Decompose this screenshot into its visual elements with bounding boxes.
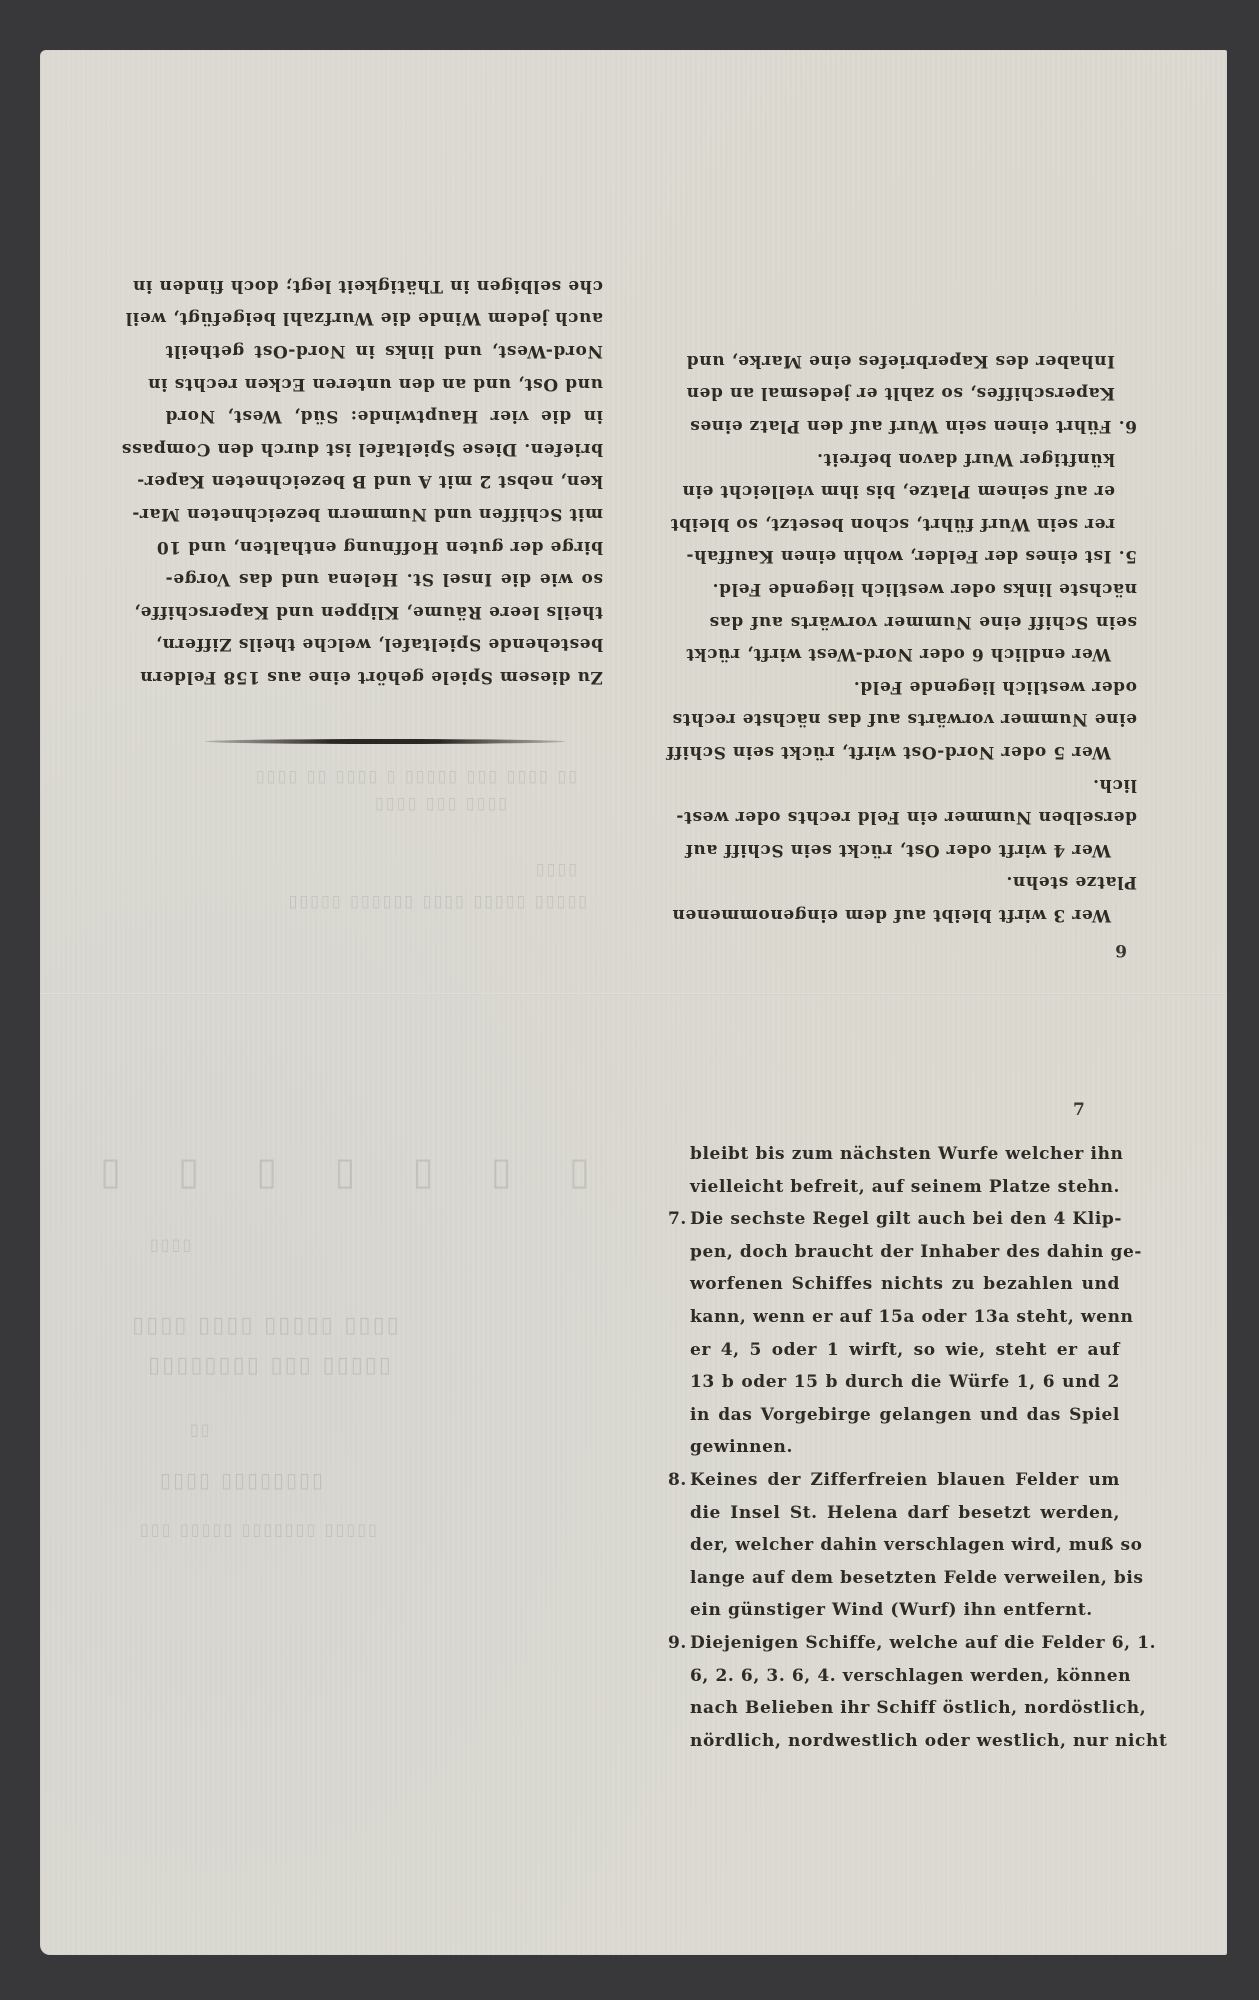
text-line: bestehende Spieltafel, welche theils Zif… — [165, 628, 603, 661]
text-line: Wer 4 wirft oder Ost, rückt sein Schiff … — [709, 833, 1137, 866]
text-line: kann, wenn er auf 15a oder 13a steht, we… — [668, 1301, 1120, 1334]
show-through-text: ▯▯▯▯ ▯▯▯▯▯▯▯▯ — [160, 1468, 325, 1492]
text-line: Diejenigen Schiffe, welche auf die Felde… — [690, 1633, 1156, 1653]
horizontal-rule — [205, 739, 565, 744]
text-line: lich. — [709, 768, 1137, 801]
text-line: sein Schiff eine Nummer vorwärts auf das — [709, 605, 1137, 638]
rule-number: 9. — [668, 1627, 690, 1660]
text-line: Platze stehn. — [709, 866, 1137, 899]
numbered-rule-7: 7.Die sechste Regel gilt auch bei den 4 … — [668, 1203, 1120, 1236]
text-line: und Ost, und an den unteren Ecken rechts… — [165, 367, 603, 400]
page-number: 6 — [1115, 940, 1127, 960]
text-line: künftiger Wurf davon befreit. — [709, 442, 1137, 475]
upper-half-rotated: Zu diesem Spiele gehört eine aus 158 Fel… — [40, 50, 1227, 993]
show-through-text: ▯ ▯ ▯ ▯ ▯ ▯ ▯ — [100, 1148, 612, 1193]
text-line: vielleicht befreit, auf seinem Platze st… — [668, 1171, 1120, 1204]
text-line: der, welcher dahin verschlagen wird, muß… — [668, 1529, 1120, 1562]
upper-left-text-block: Zu diesem Spiele gehört eine aus 158 Fel… — [165, 269, 603, 693]
show-through-text: ▯▯▯▯ ▯▯▯▯ ▯▯▯▯▯ ▯▯▯▯ — [132, 1312, 401, 1338]
text-line: er 4, 5 oder 1 wirft, so wie, steht er a… — [668, 1334, 1120, 1367]
text-line: Kaperschiffes, so zahlt er jedesmal an d… — [709, 377, 1137, 410]
show-through-text: ▯▯▯ ▯▯▯▯▯ ▯▯▯▯▯▯▯ ▯▯▯▯▯ — [140, 1520, 379, 1539]
text-line: briefen. Diese Spieltafel ist durch den … — [165, 432, 603, 465]
text-line: derselben Nummer ein Feld rechts oder we… — [709, 801, 1137, 834]
text-line: eine Nummer vorwärts auf das nächste rec… — [709, 703, 1137, 736]
text-line: nach Belieben ihr Schiff östlich, nordös… — [668, 1692, 1120, 1725]
show-through-text: ▯▯ — [190, 1420, 212, 1439]
rule-number: 7. — [668, 1203, 690, 1236]
show-through-text: ▯▯▯▯ — [534, 862, 577, 881]
text-line: 5. Ist eines der Felder, wohin einen Kau… — [709, 540, 1137, 573]
text-line: Zu diesem Spiele gehört eine aus 158 Fel… — [165, 660, 603, 693]
upper-right-text-block: Wer 3 wirft bleibt auf dem eingenommenen… — [709, 344, 1137, 931]
text-line: in die vier Hauptwinde: Süd, West, Nord — [165, 400, 603, 433]
text-line: ein günstiger Wind (Wurf) ihn entfernt. — [668, 1594, 1120, 1627]
text-line: gewinnen. — [668, 1431, 1120, 1464]
text-line: theils leere Räume, Klippen und Kapersch… — [165, 595, 603, 628]
text-line: Keines der Zifferfreien blauen Felder um — [690, 1470, 1120, 1490]
show-through-text: ▯▯▯▯ — [150, 1235, 193, 1254]
text-line: lange auf dem besetzten Felde verweilen,… — [668, 1562, 1120, 1595]
text-line: Nord-West, und links in Nord-Ost getheil… — [165, 334, 603, 367]
fold-line — [40, 993, 1227, 995]
text-line: nördlich, nordwestlich oder westlich, nu… — [668, 1725, 1120, 1758]
text-line: Wer endlich 6 oder Nord-West wirft, rück… — [709, 638, 1137, 671]
text-line: Wer 3 wirft bleibt auf dem eingenommenen — [709, 898, 1137, 931]
text-line: er auf seinem Platze, bis ihm vielleicht… — [709, 475, 1137, 508]
text-line: 6. Führt einen sein Wurf auf den Platz e… — [709, 410, 1137, 443]
text-line: mit Schiffen und Nummern bezeichneten Ma… — [165, 497, 603, 530]
text-line: birge der guten Hoffnung enthalten, und … — [165, 530, 603, 563]
text-line: 6, 2. 6, 3. 6, 4. verschlagen werden, kö… — [668, 1660, 1120, 1693]
show-through-text: ▯▯▯▯▯ ▯▯▯▯▯ ▯▯▯▯ ▯▯▯▯▯▯ ▯▯▯▯▯ — [287, 894, 587, 913]
paper-sheet: ▯ ▯ ▯ ▯ ▯ ▯ ▯ ▯▯▯▯ ▯▯▯▯ ▯▯▯▯ ▯▯▯▯▯ ▯▯▯▯ … — [40, 50, 1227, 1955]
show-through-text: ▯▯ ▯▯▯▯ ▯▯▯ ▯▯▯▯▯ ▯ ▯▯▯▯ ▯▯ ▯▯▯▯ — [254, 769, 577, 788]
text-line: pen, doch braucht der Inhaber des dahin … — [668, 1236, 1120, 1269]
text-line: so wie die Insel St. Helena und das Vorg… — [165, 563, 603, 596]
rule-number: 8. — [668, 1464, 690, 1497]
text-line: bleibt bis zum nächsten Wurfe welcher ih… — [668, 1138, 1120, 1171]
text-line: 13 b oder 15 b durch die Würfe 1, 6 und … — [668, 1366, 1120, 1399]
page-number: 7 — [1073, 1100, 1085, 1120]
text-line: Wer 5 oder Nord-Ost wirft, rückt sein Sc… — [709, 735, 1137, 768]
numbered-rule-9: 9.Diejenigen Schiffe, welche auf die Fel… — [668, 1627, 1120, 1660]
text-line: rer sein Wurf führt, schon besetzt, so b… — [709, 507, 1137, 540]
text-line: auch jedem Winde die Wurfzahl beigefügt,… — [165, 302, 603, 335]
text-line: ken, nebst 2 mit A und B bezeichneten Ka… — [165, 465, 603, 498]
text-line: worfenen Schiffes nichts zu bezahlen und — [668, 1268, 1120, 1301]
numbered-rule-8: 8.Keines der Zifferfreien blauen Felder … — [668, 1464, 1120, 1497]
text-line: oder westlich liegende Feld. — [709, 670, 1137, 703]
text-line: Inhaber des Kaperbriefes eine Marke, und — [709, 344, 1137, 377]
text-line: die Insel St. Helena darf besetzt werden… — [668, 1497, 1120, 1530]
text-line: in das Vorgebirge gelangen und das Spiel — [668, 1399, 1120, 1432]
text-line: nächste links oder westlich liegende Fel… — [709, 572, 1137, 605]
show-through-text: ▯▯▯▯ ▯▯▯ ▯▯▯▯ — [373, 796, 507, 815]
lower-right-text-block: bleibt bis zum nächsten Wurfe welcher ih… — [668, 1138, 1120, 1757]
show-through-text: ▯▯▯▯▯▯▯▯ ▯▯▯ ▯▯▯▯▯ — [148, 1352, 393, 1378]
text-line: Die sechste Regel gilt auch bei den 4 Kl… — [690, 1209, 1122, 1229]
text-line: che selbigen in Thätigkeit legt; doch fi… — [165, 269, 603, 302]
